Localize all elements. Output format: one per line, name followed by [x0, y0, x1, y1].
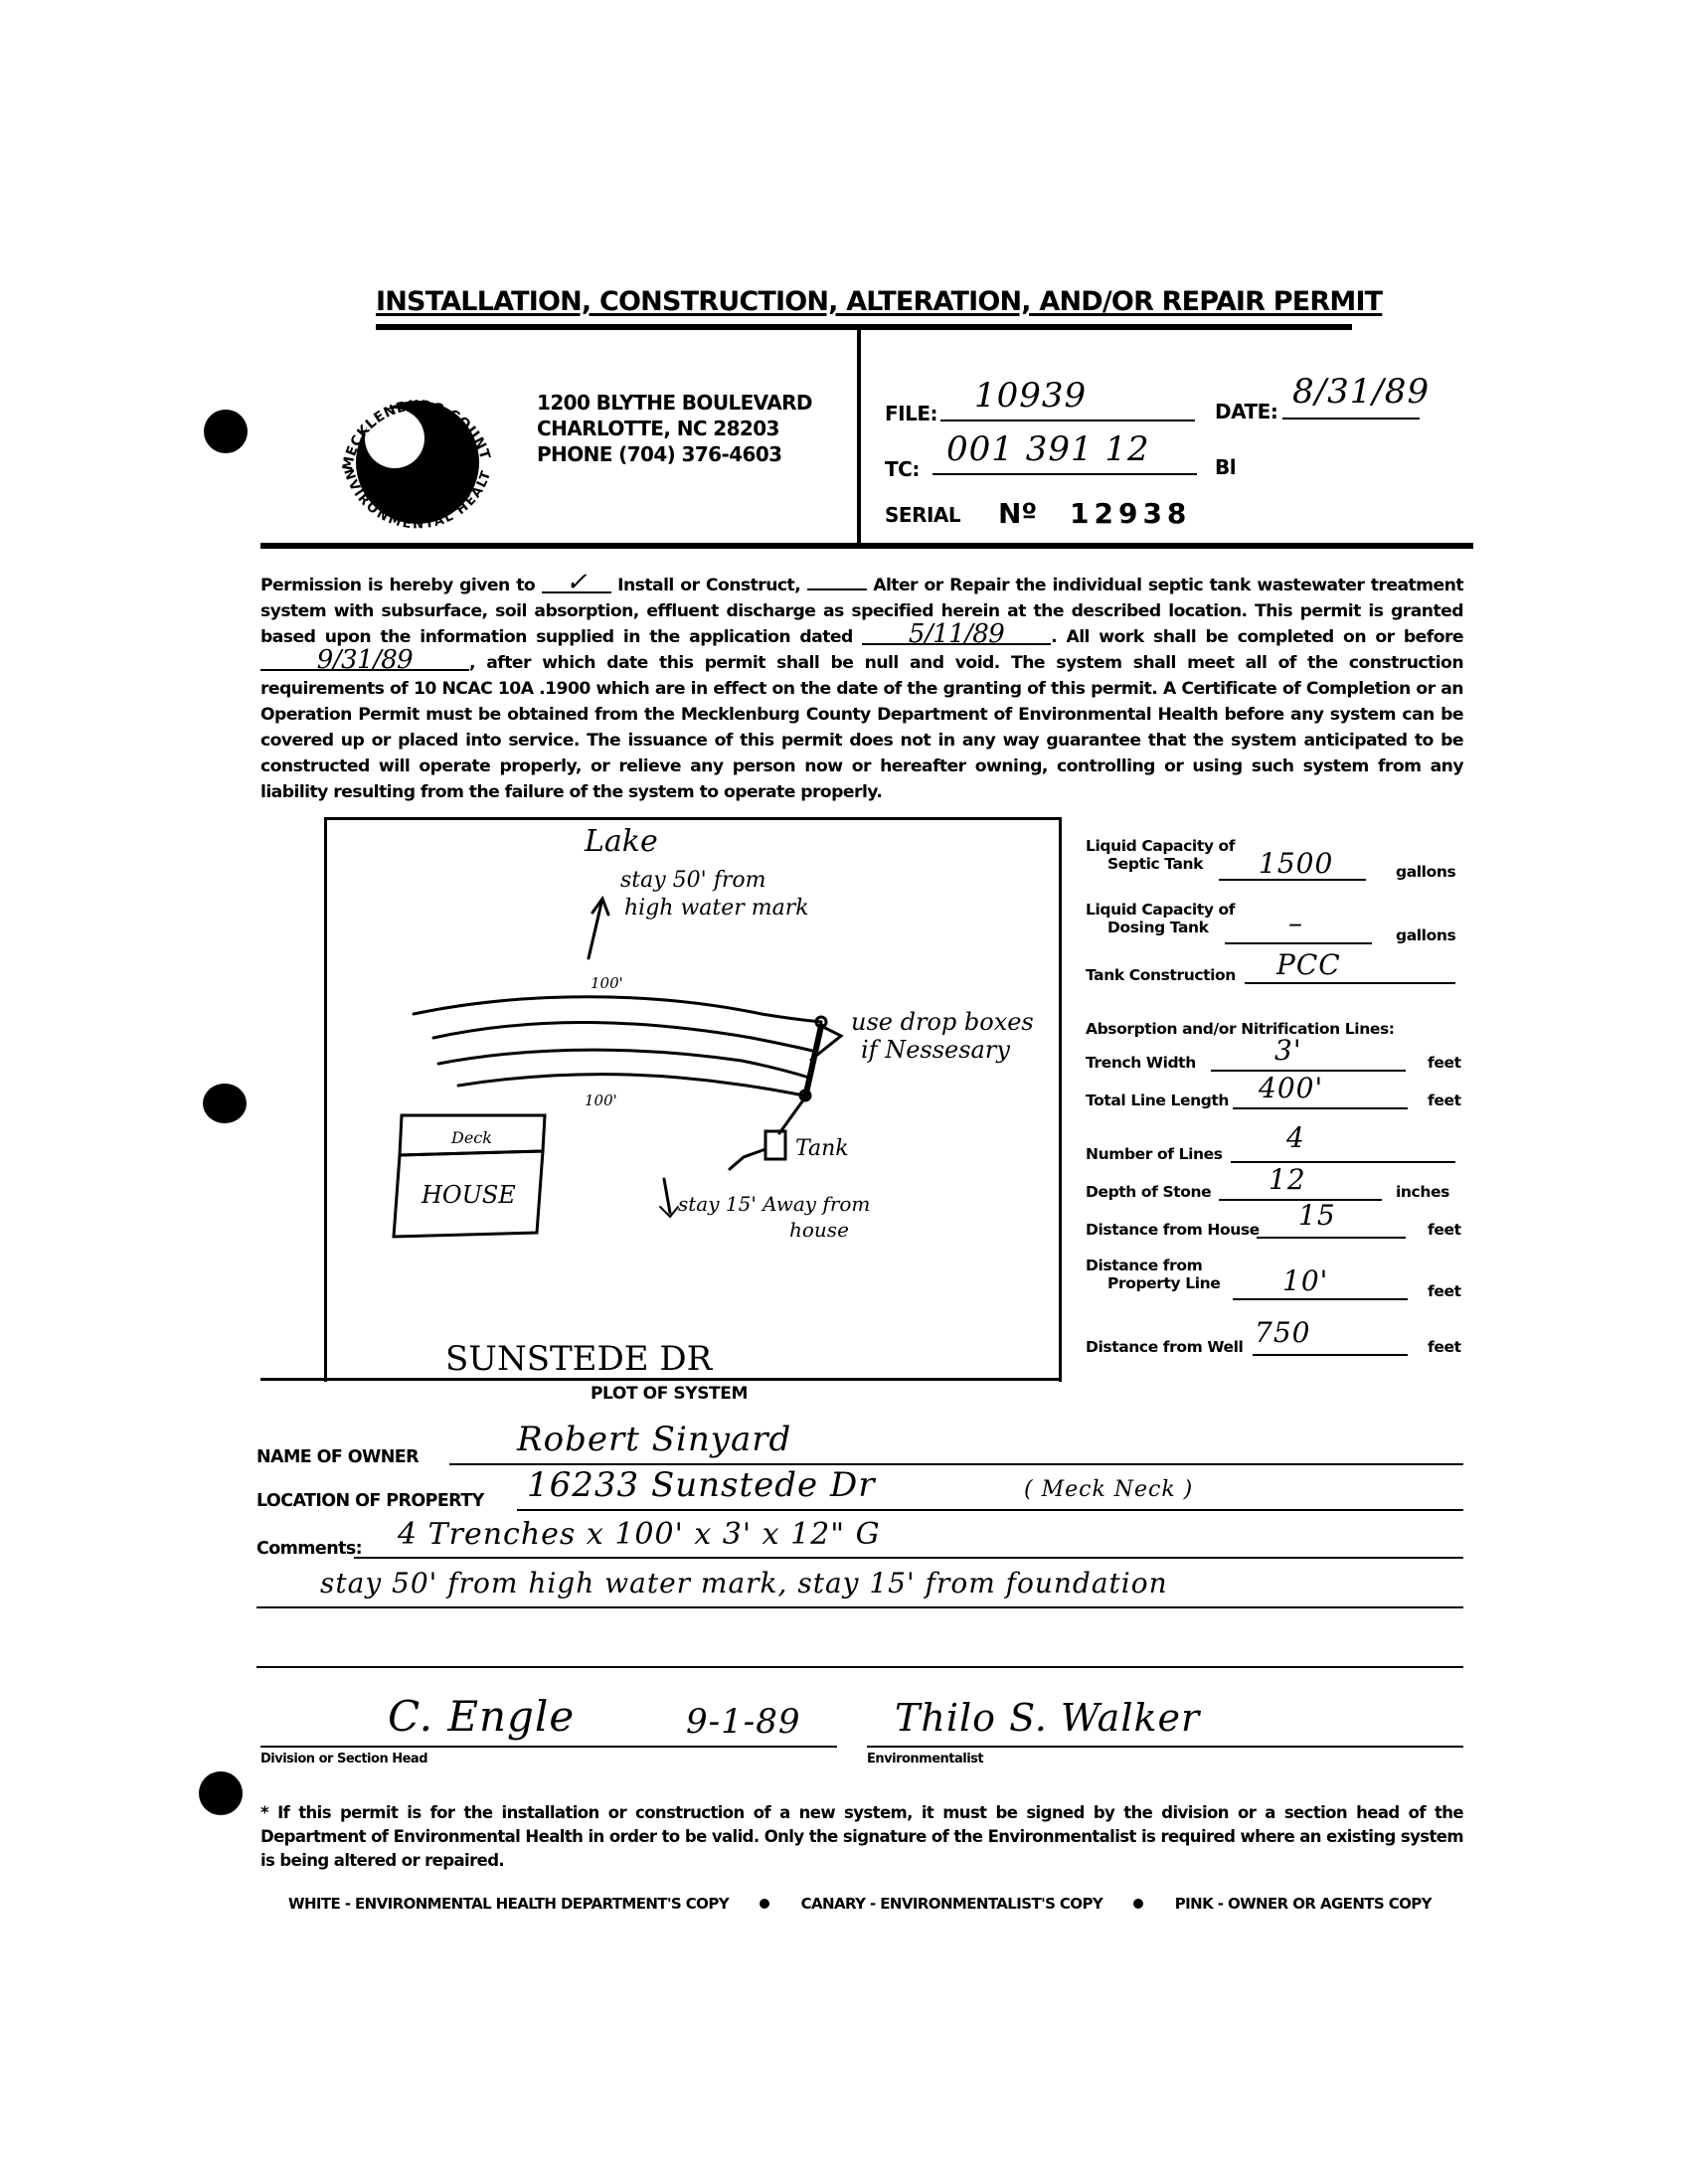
permission-paragraph: Permission is hereby given to ✓ Install … — [260, 573, 1463, 805]
spec-distance-house-unit: feet — [1428, 1221, 1461, 1239]
spec-distance-well-unit: feet — [1428, 1338, 1461, 1356]
address-line-2: CHARLOTTE, NC 28203 — [537, 416, 812, 441]
spec-depth-of-stone-unit: inches — [1396, 1183, 1449, 1201]
property-location-value[interactable]: 16233 Sunstede Dr — [527, 1465, 876, 1505]
property-location-line — [517, 1509, 1463, 1511]
permission-text-1: Permission is hereby given to — [260, 576, 535, 595]
spec-distance-house-value[interactable]: 15 — [1298, 1199, 1336, 1232]
date-field-line — [1282, 418, 1420, 420]
spec-depth-of-stone-value[interactable]: 12 — [1269, 1163, 1306, 1196]
spec-tank-construction-line — [1245, 982, 1455, 984]
serial-label: SERIAL — [885, 503, 960, 527]
spec-distance-property-line-line — [1233, 1298, 1408, 1300]
bullet-icon — [1133, 1899, 1143, 1909]
comments-value-2[interactable]: stay 50' from high water mark, stay 15' … — [320, 1567, 1168, 1599]
division-head-signature[interactable]: C. Engle — [388, 1692, 575, 1741]
spec-total-line-length-label: Total Line Length — [1086, 1092, 1229, 1109]
spec-total-line-length-value[interactable]: 400' — [1259, 1072, 1323, 1104]
division-head-label: Division or Section Head — [260, 1752, 427, 1766]
spec-distance-well-label: Distance from Well — [1086, 1338, 1243, 1356]
tc-field-line — [932, 473, 1197, 475]
file-label: FILE: — [885, 402, 937, 425]
sketch-tank-label: Tank — [795, 1136, 849, 1161]
sketch-deck-label: Deck — [450, 1128, 492, 1147]
spec-septic-capacity-unit: gallons — [1396, 863, 1455, 881]
header-divider — [857, 328, 861, 549]
punch-hole-bottom — [199, 1771, 243, 1815]
validity-footnote: * If this permit is for the installation… — [260, 1801, 1463, 1873]
permit-title: INSTALLATION, CONSTRUCTION, ALTERATION, … — [376, 286, 1350, 317]
spec-distance-property-line-value[interactable]: 10' — [1282, 1264, 1328, 1297]
spec-tank-construction-value[interactable]: PCC — [1276, 948, 1341, 981]
sketch-lake-note-1: stay 50' from — [620, 868, 765, 893]
spec-number-of-lines-line — [1231, 1161, 1455, 1163]
completion-date-field[interactable]: 9/31/89 — [260, 651, 469, 671]
address-line-1: 1200 BLYTHE BOULEVARD — [537, 390, 812, 416]
date-value[interactable]: 8/31/89 — [1292, 372, 1430, 412]
spec-total-line-length-unit: feet — [1428, 1092, 1461, 1109]
septic-tank-icon — [765, 1131, 785, 1159]
spec-number-of-lines-value[interactable]: 4 — [1286, 1121, 1305, 1154]
tc-value[interactable]: 001 391 12 — [946, 429, 1150, 469]
address-line-3: PHONE (704) 376-4603 — [537, 441, 812, 467]
copy-distribution: WHITE - ENVIRONMENTAL HEALTH DEPARTMENT'… — [288, 1895, 1432, 1913]
sketch-drop-boxes-note-2: if Nessesary — [861, 1036, 1010, 1064]
copy-pink: PINK - OWNER OR AGENTS COPY — [1175, 1895, 1432, 1913]
spec-trench-width-unit: feet — [1428, 1054, 1461, 1072]
date-label: DATE: — [1215, 400, 1277, 423]
spec-dosing-capacity-label: Liquid Capacity ofDosing Tank — [1086, 901, 1235, 936]
property-location-label: LOCATION OF PROPERTY — [256, 1491, 484, 1511]
comments-line-2 — [256, 1606, 1463, 1608]
spec-distance-well-value[interactable]: 750 — [1255, 1316, 1310, 1349]
spec-total-line-length-line — [1233, 1107, 1408, 1109]
comments-label: Comments: — [256, 1539, 362, 1559]
comments-value-1[interactable]: 4 Trenches x 100' x 3' x 12" G — [398, 1517, 881, 1552]
sketch-drop-boxes-note-1: use drop boxes — [851, 1008, 1034, 1036]
spec-distance-well-line — [1253, 1354, 1408, 1356]
spec-septic-capacity-value[interactable]: 1500 — [1259, 847, 1333, 880]
permission-text-5: , after which date this permit shall be … — [260, 653, 1463, 802]
environmentalist-signature[interactable]: Thilo S. Walker — [895, 1696, 1200, 1740]
permission-text-2: Install or Construct, — [617, 576, 800, 595]
tc-suffix: Bl — [1215, 455, 1236, 479]
spec-number-of-lines-label: Number of Lines — [1086, 1145, 1223, 1163]
spec-dosing-capacity-value[interactable]: – — [1288, 907, 1303, 939]
file-field-line — [940, 420, 1195, 421]
sketch-length-top: 100' — [591, 974, 623, 992]
spec-trench-width-label: Trench Width — [1086, 1054, 1196, 1072]
site-sketch: Lake stay 50' from high water mark 100' … — [324, 817, 1056, 1379]
install-construct-checkbox[interactable]: ✓ — [542, 574, 611, 593]
sketch-lake-label: Lake — [584, 824, 658, 859]
plot-caption: PLOT OF SYSTEM — [591, 1384, 748, 1404]
serial-number-symbol: Nº — [998, 497, 1037, 530]
property-location-note: ( Meck Neck ) — [1024, 1477, 1193, 1502]
spec-distance-house-line — [1257, 1237, 1406, 1239]
copy-canary: CANARY - ENVIRONMENTALIST'S COPY — [801, 1895, 1103, 1913]
county-seal-logo: MECKLENBURG COUNTY ENVIRONMENTAL HEALTH — [333, 373, 502, 542]
owner-name-value[interactable]: Robert Sinyard — [517, 1420, 791, 1459]
spec-depth-of-stone-label: Depth of Stone — [1086, 1183, 1211, 1201]
header-bottom-rule — [260, 543, 1473, 549]
sketch-lake-note-2: high water mark — [624, 896, 809, 921]
sketch-house-note-2: house — [789, 1218, 849, 1242]
punch-hole-middle — [203, 1084, 247, 1123]
serial-number: 12938 — [1070, 497, 1191, 530]
lines-heading: Absorption and/or Nitrification Lines: — [1086, 1020, 1395, 1038]
punch-hole-top — [204, 410, 248, 453]
spec-distance-property-line-unit: feet — [1428, 1282, 1461, 1300]
owner-name-label: NAME OF OWNER — [256, 1447, 419, 1467]
title-rule — [376, 324, 1352, 330]
copy-white: WHITE - ENVIRONMENTAL HEALTH DEPARTMENT'… — [288, 1895, 729, 1913]
division-head-signature-date: 9-1-89 — [686, 1702, 801, 1742]
tc-label: TC: — [885, 457, 920, 481]
spec-distance-house-label: Distance from House — [1086, 1221, 1260, 1239]
alter-repair-checkbox[interactable] — [807, 575, 867, 590]
agency-address: 1200 BLYTHE BOULEVARD CHARLOTTE, NC 2820… — [537, 390, 812, 467]
division-head-signature-line — [260, 1746, 837, 1748]
comments-line-3 — [256, 1666, 1463, 1668]
spec-septic-capacity-label: Liquid Capacity ofSeptic Tank — [1086, 837, 1235, 873]
sketch-length-bottom: 100' — [585, 1092, 617, 1109]
spec-dosing-capacity-line — [1225, 942, 1372, 944]
bullet-icon — [760, 1899, 769, 1909]
sketch-house-label: HOUSE — [421, 1181, 516, 1209]
sketch-house-note-1: stay 15' Away from — [678, 1192, 870, 1216]
spec-dosing-capacity-unit: gallons — [1396, 926, 1455, 944]
sketch-street-label: SUNSTEDE DR — [445, 1339, 714, 1379]
spec-distance-property-line-label: Distance fromProperty Line — [1086, 1257, 1220, 1292]
permission-text-4: . All work shall be completed on or befo… — [1051, 627, 1463, 647]
application-date-field[interactable]: 5/11/89 — [862, 625, 1051, 645]
spec-trench-width-value[interactable]: 3' — [1274, 1034, 1302, 1067]
file-value[interactable]: 10939 — [974, 376, 1087, 416]
spec-tank-construction-label: Tank Construction — [1086, 966, 1236, 984]
environmentalist-label: Environmentalist — [867, 1752, 983, 1766]
comments-line-1 — [354, 1557, 1463, 1559]
environmentalist-signature-line — [867, 1746, 1463, 1748]
